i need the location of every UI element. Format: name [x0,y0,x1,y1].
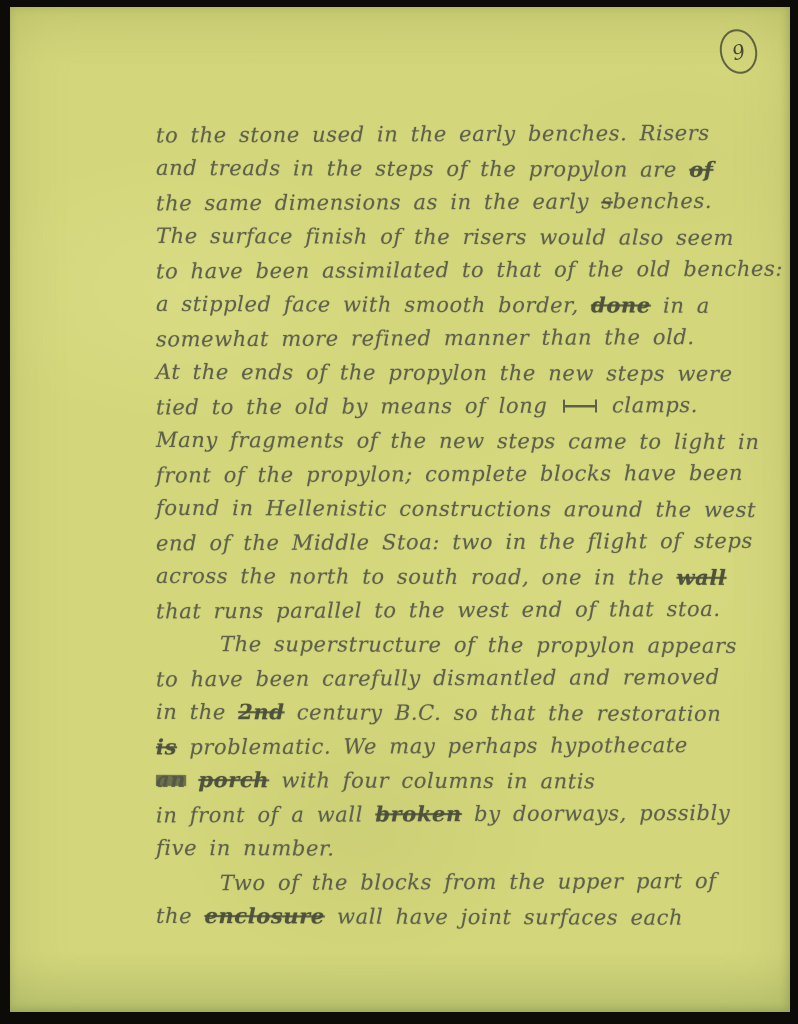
word-segment: end of the Middle Stoa: two in the fligh… [156,529,753,556]
word-segment: the same dimensions as in the early [156,189,601,215]
corrected-word-segment: wall [676,565,726,590]
handwritten-line: somewhat more refined manner than the ol… [156,320,796,357]
handwritten-line: Many fragments of the new steps came to … [156,423,796,459]
word-segment: front of the propylon; complete blocks h… [156,461,743,488]
handwritten-line: end of the Middle Stoa: two in the fligh… [156,524,796,561]
page-number: 9 [729,38,747,64]
handwritten-line: At the ends of the propylon the new step… [156,355,796,391]
handwritten-line: tied to the old by means of long clamps. [156,388,796,425]
handwritten-line: front of the propylon; complete blocks h… [156,456,796,493]
handwritten-line: that runs parallel to the west end of th… [156,592,796,629]
word-segment: tied to the old by means of long [156,394,560,420]
handwritten-line: in front of a wall broken by doorways, p… [156,796,796,833]
handwritten-line: to the stone used in the early benches. … [156,116,796,153]
corrected-word-segment: s [601,189,612,213]
word-segment: to have been carefully dismantled and re… [156,665,720,691]
scanner-background: 9 to the stone used in the early benches… [0,0,798,1024]
word-segment: by doorways, possibly [462,801,731,826]
word-segment: the [156,904,205,928]
manuscript-paper: 9 to the stone used in the early benches… [10,7,790,1012]
handwritten-line: a stippled face with smooth border, done… [156,287,796,323]
word-segment: to the stone used in the early benches. … [156,121,710,147]
handwritten-text-block: to the stone used in the early benches. … [156,117,796,933]
scanned-document-screenshot: { "page": { "number": "9", "type": "hand… [0,0,798,1024]
handwritten-line: the same dimensions as in the early sben… [156,184,796,221]
word-segment: in front of a wall [156,802,375,827]
word-segment: clamps. [600,393,698,417]
handwritten-line: Two of the blocks from the upper part of [156,864,796,901]
word-segment: in the [156,700,238,724]
handwritten-line: five in number. [156,831,796,867]
word-segment: Two of the blocks from the upper part of [220,869,717,895]
corrected-word-segment: porch [198,767,269,792]
handwritten-line: the enclosure wall have joint surfaces e… [156,899,796,935]
handwritten-line: to have been assimilated to that of the … [156,252,796,289]
handwritten-line: found in Hellenistic constructions aroun… [156,491,796,527]
word-segment: somewhat more refined manner than the ol… [156,325,695,351]
word-segment: that runs parallel to the west end of th… [156,597,721,623]
word-segment [186,768,198,792]
word-segment: century B.C. so that the restoration [285,700,722,726]
handwritten-line: is problematic. We may perhaps hypotheca… [156,728,796,765]
page-number-badge: 9 [715,25,762,78]
word-segment: and treads in the steps of the propylon … [156,156,689,182]
handwritten-line: The surface finish of the risers would a… [156,219,796,255]
corrected-word-segment: done [591,292,651,317]
word-segment: five in number. [156,836,335,861]
corrected-word-segment: 2nd [238,699,284,724]
word-segment: The surface finish of the risers would a… [156,224,734,250]
handwritten-line: across the north to south road, one in t… [156,559,796,595]
word-segment: with four columns in antis [269,768,595,793]
handwritten-line: in the 2nd century B.C. so that the rest… [156,695,796,731]
corrected-word-segment: broken [375,801,462,826]
word-segment: benches. [613,189,712,213]
corrected-word-segment: enclosure [204,903,324,928]
word-segment: Many fragments of the new steps came to … [156,428,760,454]
word-segment: The superstructure of the propylon appea… [220,632,737,658]
corrected-word-segment: of [689,157,713,182]
clamp-symbol-icon [563,399,597,412]
word-segment: in a [651,294,710,318]
word-segment: wall have joint surfaces each [325,904,683,929]
handwritten-line: an porch with four columns in antis [156,763,796,799]
handwritten-line: and treads in the steps of the propylon … [156,151,796,187]
word-segment: found in Hellenistic constructions aroun… [156,496,756,522]
word-segment: problematic. We may perhaps hypothecate [177,733,688,759]
word-segment: a stippled face with smooth border, [156,292,591,318]
word-segment: At the ends of the propylon the new step… [156,360,733,386]
handwritten-line: to have been carefully dismantled and re… [156,660,796,697]
handwritten-line: The superstructure of the propylon appea… [156,627,796,663]
corrected-word-segment: is [156,734,177,759]
corrected-word-segment: an [156,767,186,792]
word-segment: across the north to south road, one in t… [156,564,677,590]
word-segment: to have been assimilated to that of the … [156,257,783,284]
